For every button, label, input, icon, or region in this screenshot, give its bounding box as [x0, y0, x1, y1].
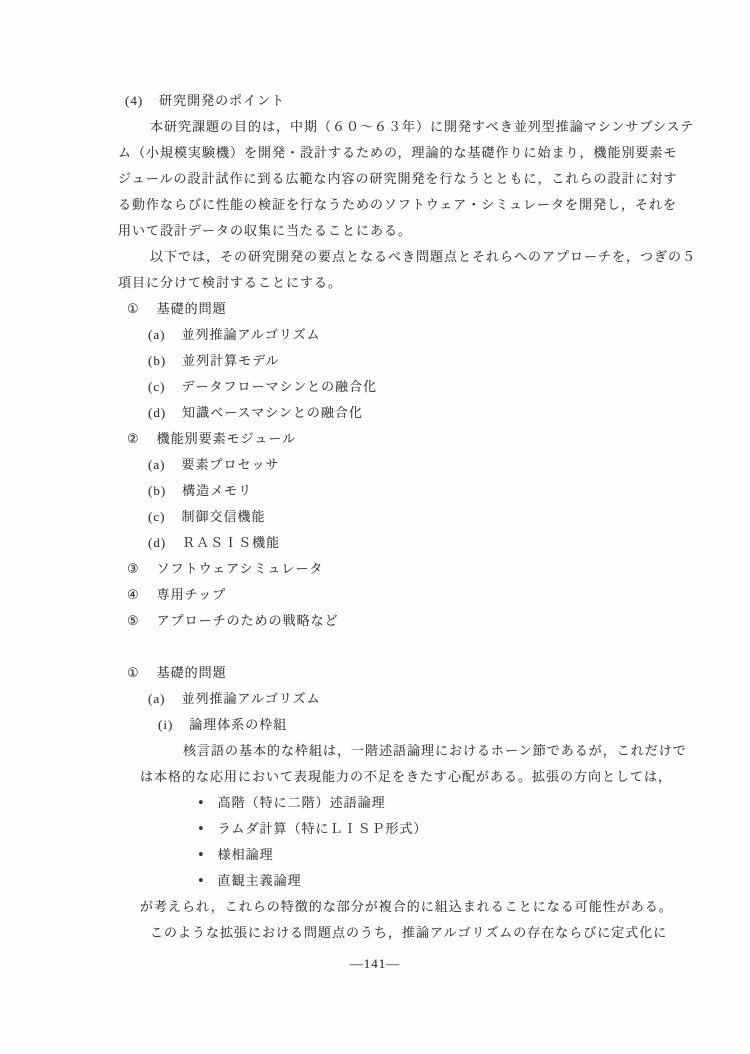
outline-subitem: (a)要素プロセッサ [148, 452, 750, 478]
paragraph-line: 以下では，その研究開発の要点となるべき問題点とそれらへのアプローチを，つぎの５ [118, 244, 750, 270]
subitem-letter: (c) [148, 374, 165, 400]
outline-item-1: ①基礎的問題 [127, 296, 750, 322]
outline-subitem: (b)構造メモリ [148, 478, 750, 504]
outline-item-label: 機能別要素モジュール [157, 431, 296, 446]
circled-number: ① [127, 297, 140, 323]
outline-item-label: 専用チップ [157, 587, 227, 602]
circled-number: ② [127, 427, 140, 453]
outline-subitem: (c)制御交信機能 [148, 504, 750, 530]
paragraph-line: 用いて設計データの収集に当たることにある。 [118, 218, 750, 244]
outline-subitem: (d)知識ベースマシンとの融合化 [148, 400, 750, 426]
circled-number: ④ [127, 583, 140, 609]
outline-subitem: (a)並列推論アルゴリズム [148, 322, 750, 348]
blank-line [0, 634, 750, 660]
outline-item-3: ③ソフトウェアシミュレータ [127, 556, 750, 582]
detail-section-label: 基礎的問題 [157, 665, 227, 680]
bullet-item: •ラムダ計算（特にＬＩＳＰ形式） [197, 816, 750, 842]
outline-subitem: (d)ＲＡＳＩＳ機能 [148, 530, 750, 556]
outline-item-4: ④専用チップ [127, 582, 750, 608]
circled-number: ① [127, 661, 140, 687]
subitem-label: 制御交信機能 [181, 509, 265, 524]
paragraph-line: 項目に分けて検討することにする。 [118, 270, 750, 296]
paragraph-line: る動作ならびに性能の検証を行なうためのソフトウェア・シミュレータを開発し，それを [118, 192, 750, 218]
page-number: —141— [350, 956, 401, 971]
bullet-label: ラムダ計算（特にＬＩＳＰ形式） [218, 821, 428, 836]
outline-subitem: (b)並列計算モデル [148, 348, 750, 374]
document-content: (4)研究開発のポイント 本研究課題の目的は，中期（６０～６３年）に開発すべき並… [0, 0, 750, 946]
outline-item-label: アプローチのための戦略など [157, 613, 339, 628]
detail-subsubsection-label: 論理体系の枠組 [189, 717, 287, 732]
page-footer: —141— [0, 956, 750, 972]
bullet-item: •様相論理 [197, 842, 750, 868]
section-heading-number: (4) [125, 88, 143, 114]
outline-item-5: ⑤アプローチのための戦略など [127, 608, 750, 634]
bullet-icon: • [197, 791, 206, 817]
subitem-letter: (a) [148, 452, 165, 478]
bullet-label: 高階（特に二階）述語論理 [218, 795, 386, 810]
bullet-item: •直観主義論理 [197, 868, 750, 894]
paragraph-line: は本格的な応用において表現能力の不足をきたす心配がある。拡張の方向としては， [140, 764, 750, 790]
subitem-label: 構造メモリ [182, 483, 252, 498]
paragraph-line: このような拡張における問題点のうち，推論アルゴリズムの存在ならびに定式化に [150, 920, 750, 946]
subitem-letter: (c) [148, 504, 165, 530]
bullet-label: 直観主義論理 [218, 873, 302, 888]
bullet-label: 様相論理 [218, 847, 274, 862]
section-heading-title: 研究開発のポイント [159, 93, 285, 108]
bullet-item: •高階（特に二階）述語論理 [197, 790, 750, 816]
bullet-icon: • [197, 817, 206, 843]
section-heading: (4)研究開発のポイント [125, 88, 750, 114]
subitem-label: 並列推論アルゴリズム [181, 327, 320, 342]
subitem-letter: (b) [148, 478, 166, 504]
subitem-label: ＲＡＳＩＳ機能 [182, 535, 280, 550]
outline-subitem: (c)データフローマシンとの融合化 [148, 374, 750, 400]
subitem-letter: (a) [148, 322, 165, 348]
bullet-icon: • [197, 843, 206, 869]
paragraph-line: ジュールの設計試作に到る広範な内容の研究開発を行なうとともに，これらの設計に対す [118, 166, 750, 192]
paragraph-line: 本研究課題の目的は，中期（６０～６３年）に開発すべき並列型推論マシンサブシステ [118, 114, 750, 140]
detail-subsection-heading: (a)並列推論アルゴリズム [148, 686, 750, 712]
circled-number: ③ [127, 557, 140, 583]
outline-item-2: ②機能別要素モジュール [127, 426, 750, 452]
detail-section-heading: ①基礎的問題 [127, 660, 750, 686]
paragraph-line: 核言語の基本的な枠組は，一階述語論理におけるホーン節であるが，これだけで [140, 738, 750, 764]
subitem-label: 要素プロセッサ [181, 457, 279, 472]
circled-number: ⑤ [127, 609, 140, 635]
subitem-label: 並列計算モデル [182, 353, 279, 368]
subsubsection-roman: (i) [158, 712, 173, 738]
subitem-label: データフローマシンとの融合化 [181, 379, 377, 394]
scanned-document-page: (4)研究開発のポイント 本研究課題の目的は，中期（６０～６３年）に開発すべき並… [0, 0, 750, 1054]
outline-item-label: ソフトウェアシミュレータ [157, 561, 324, 576]
subitem-letter: (b) [148, 348, 166, 374]
subsection-letter: (a) [148, 686, 165, 712]
subitem-label: 知識ベースマシンとの融合化 [182, 405, 363, 420]
subitem-letter: (d) [148, 530, 166, 556]
detail-subsection-label: 並列推論アルゴリズム [181, 691, 320, 706]
bullet-icon: • [197, 869, 206, 895]
paragraph-line: ム（小規模実験機）を開発・設計するための，理論的な基礎作りに始まり，機能別要素モ [118, 140, 750, 166]
detail-subsubsection-heading: (i)論理体系の枠組 [158, 712, 750, 738]
paragraph-line: が考えられ，これらの特徴的な部分が複合的に組込まれることになる可能性がある。 [140, 894, 750, 920]
outline-item-label: 基礎的問題 [157, 301, 227, 316]
subitem-letter: (d) [148, 400, 166, 426]
